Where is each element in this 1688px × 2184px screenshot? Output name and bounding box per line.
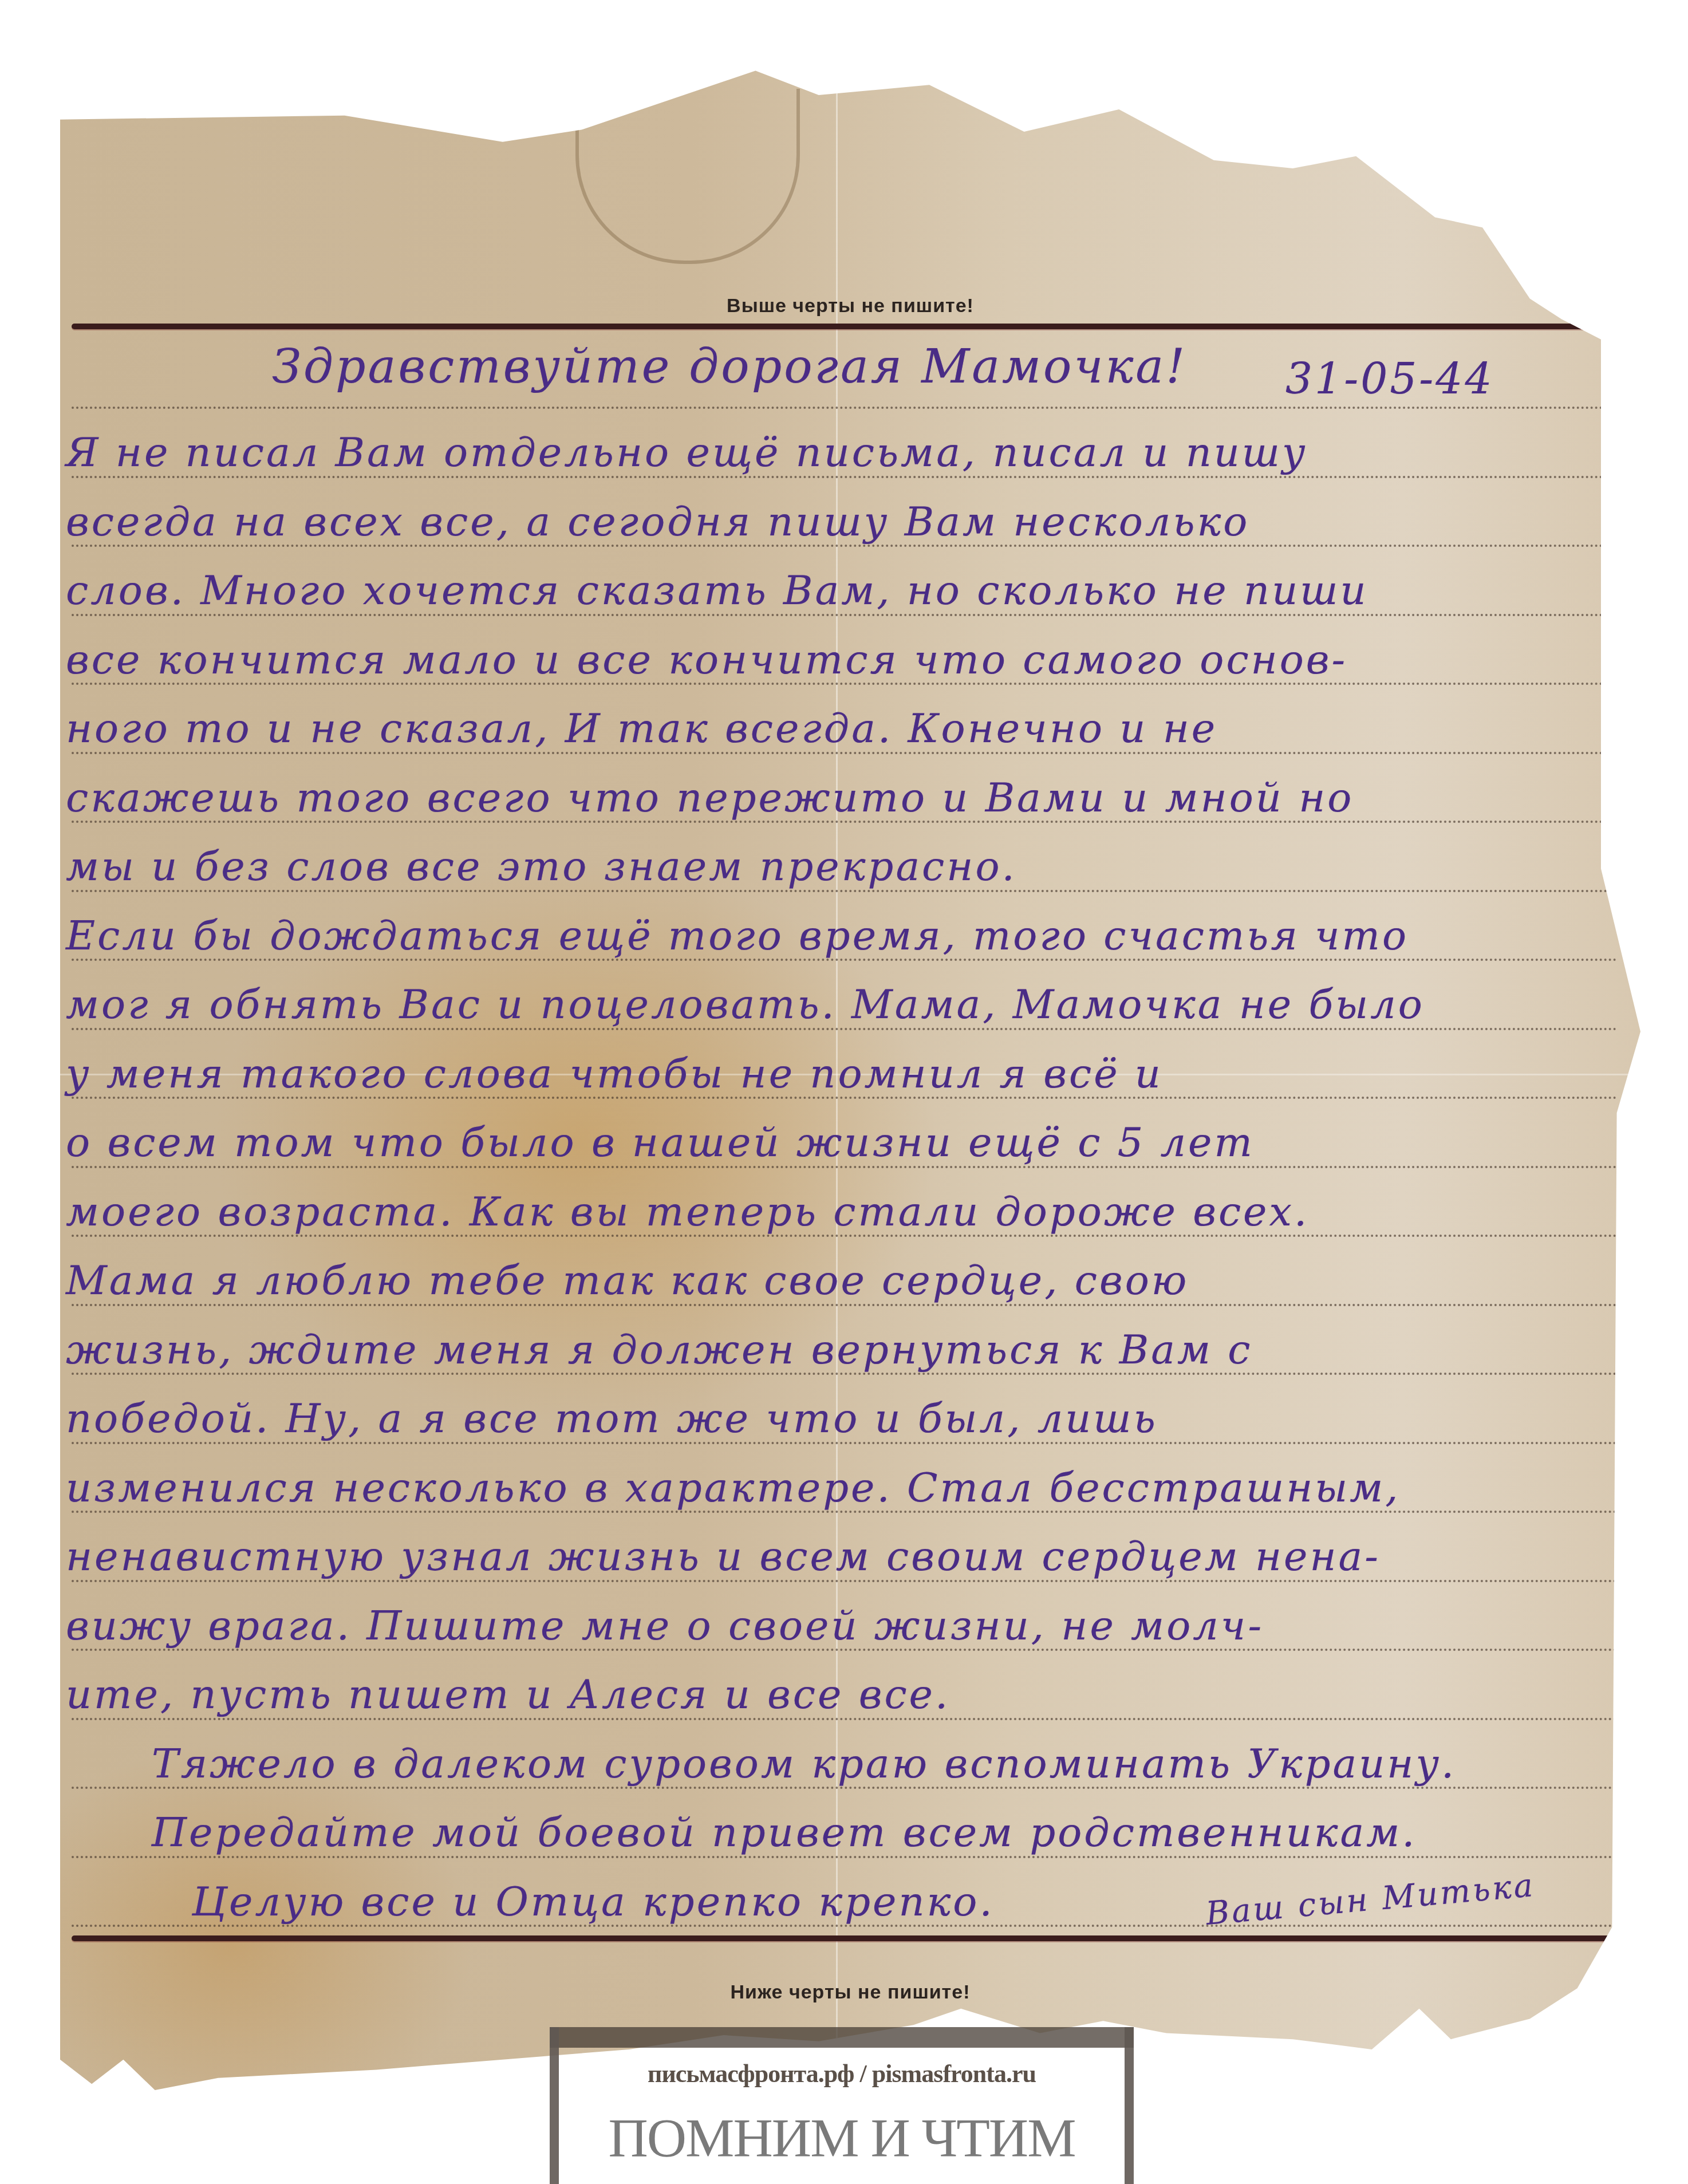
watermark-site: письмасфронта.рф / pismasfronta.ru	[550, 2059, 1134, 2088]
greeting: Здравствуйте дорогая Мамочка!	[272, 344, 1187, 391]
ruled-line	[72, 1925, 1618, 1927]
ruled-line	[72, 683, 1618, 685]
ruled-line	[72, 1718, 1618, 1720]
ruled-line	[72, 545, 1618, 547]
letter-line: ного то и не сказал, И так всегда. Конеч…	[66, 708, 1217, 748]
letter-line: скажешь того всего что пережито и Вами и…	[66, 778, 1354, 818]
letter-line: Мама я люблю тебе так как свое сердце, с…	[66, 1260, 1189, 1300]
letter-line: победой. Ну, а я все тот же что и был, л…	[66, 1398, 1158, 1438]
letter-paper: Выше черты не пишите! Здравствуйте дорог…	[60, 54, 1640, 2090]
footer-printed-label: Ниже черты не пишите!	[60, 1981, 1640, 2004]
ruled-line	[72, 476, 1618, 478]
ruled-line	[72, 1787, 1618, 1789]
watermark-motto: ПОМНИМ И ЧТИМ	[550, 2106, 1134, 2170]
letter-line: Передайте мой боевой привет всем родстве…	[152, 1812, 1417, 1852]
signature: Ваш сын Митька	[1205, 1870, 1537, 1930]
footer-rule	[72, 1935, 1618, 1941]
letter-line: ненавистную узнал жизнь и всем своим сер…	[66, 1536, 1381, 1576]
letter-line: вижу врага. Пишите мне о своей жизни, не…	[66, 1606, 1264, 1646]
ruled-line	[72, 407, 1618, 409]
header-printed-label: Выше черты не пишите!	[60, 295, 1640, 317]
ruled-line	[72, 1856, 1618, 1858]
letter-date: 31-05-44	[1285, 358, 1494, 400]
letter-line: о всем том что было в нашей жизни ещё с …	[66, 1122, 1255, 1162]
letter-line: Тяжело в далеком суровом краю вспоминать…	[152, 1744, 1456, 1784]
watermark: письмасфронта.рф / pismasfronta.ru ПОМНИ…	[550, 2027, 1134, 2184]
letter-line: у меня такого слова чтобы не помнил я вс…	[66, 1054, 1163, 1094]
ruled-line	[72, 959, 1618, 961]
letter-line: всегда на всех все, а сегодня пишу Вам н…	[66, 502, 1249, 542]
ruled-line	[72, 752, 1618, 754]
letter-line: ите, пусть пишет и Алеся и все все.	[66, 1674, 950, 1714]
ruled-line	[72, 1373, 1618, 1375]
ruled-line	[72, 1649, 1618, 1651]
ruled-line	[72, 1028, 1618, 1030]
letter-line: Целую все и Отца крепко крепко.	[192, 1882, 995, 1922]
ruled-line	[72, 1166, 1618, 1168]
letter-line: все кончится мало и все кончится что сам…	[66, 640, 1347, 680]
ruled-line	[72, 1304, 1618, 1306]
ruled-line	[72, 890, 1618, 892]
ruled-line	[72, 1235, 1618, 1237]
water-stain	[575, 89, 800, 264]
ruled-line	[72, 1442, 1618, 1444]
watermark-frame-top	[550, 2027, 1134, 2048]
letter-line: Я не писал Вам отдельно ещё письма, писа…	[66, 432, 1308, 472]
ruled-line	[72, 1097, 1618, 1099]
letter-line: Если бы дождаться ещё того время, того с…	[66, 916, 1409, 956]
letter-line: слов. Много хочется сказать Вам, но скол…	[66, 570, 1368, 610]
ruled-line	[72, 614, 1618, 616]
letter-line: мы и без слов все это знаем прекрасно.	[66, 846, 1017, 886]
header-rule	[72, 324, 1618, 329]
letter-line: моего возраста. Как вы теперь стали доро…	[66, 1192, 1309, 1232]
letter-line: жизнь, ждите меня я должен вернуться к В…	[66, 1330, 1253, 1370]
ruled-line	[72, 1511, 1618, 1513]
ruled-line	[72, 1580, 1618, 1582]
letter-line: изменился несколько в характере. Стал бе…	[66, 1468, 1401, 1508]
letter-line: мог я обнять Вас и поцеловать. Мама, Мам…	[66, 984, 1425, 1024]
ruled-line	[72, 821, 1618, 823]
